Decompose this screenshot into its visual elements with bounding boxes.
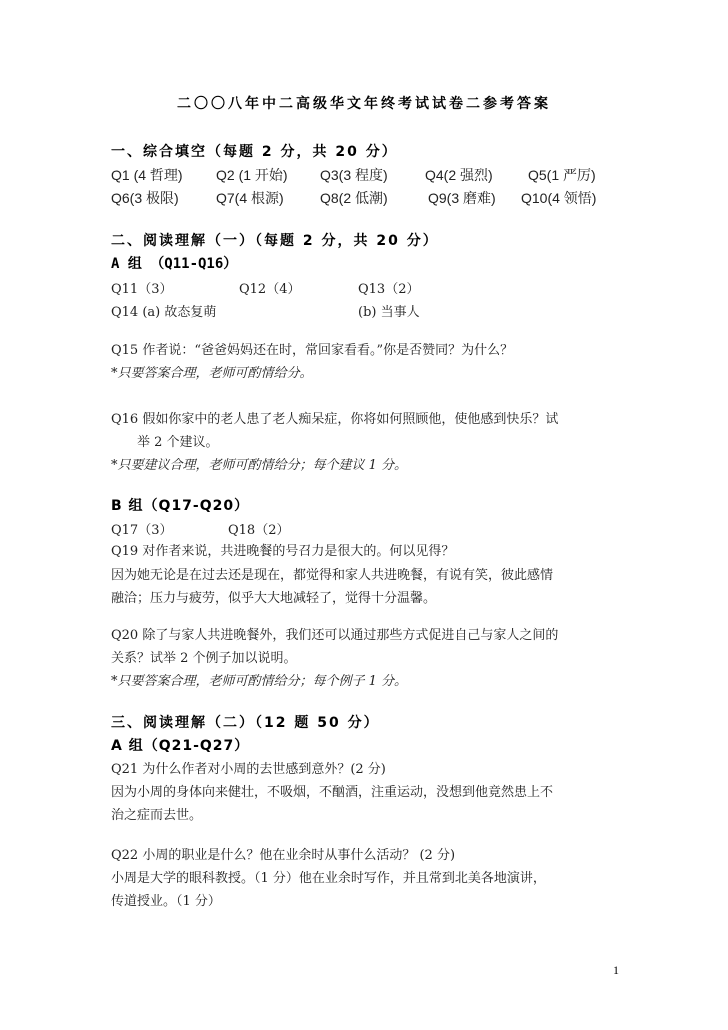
- answer-q14a: Q14 (a) 故态复萌: [111, 301, 216, 320]
- answer-q5: Q5(1 严厉): [528, 165, 596, 185]
- answer-q7: Q7(4 根源): [216, 188, 284, 208]
- page-number: 1: [613, 963, 619, 978]
- answer-q21-line1: 因为小周的身体向来健壮，不吸烟，不酗酒，注重运动，没想到他竟然患上不: [111, 783, 553, 803]
- answer-q10: Q10(4 领悟): [521, 188, 596, 208]
- answer-q14b: (b) 当事人: [358, 301, 420, 320]
- answer-q22-line1: 小周是大学的眼科教授。（1 分）他在业余时写作，并且常到北美各地演讲，: [111, 869, 546, 889]
- question-q15: Q15 作者说：“爸爸妈妈还在时，常回家看看。”你是否赞同？为什么？: [111, 341, 513, 361]
- question-q22: Q22 小周的职业是什么？他在业余时从事什么活动？ (2 分): [111, 846, 455, 866]
- section1-heading: 一、综合填空（每题 2 分，共 20 分）: [111, 142, 398, 162]
- answer-q11: Q11（3）: [111, 278, 172, 297]
- question-q19: Q19 对作者来说，共进晚餐的号召力是很大的。何以见得？: [111, 542, 454, 562]
- answer-q4: Q4(2 强烈): [425, 165, 493, 185]
- q20-marking-note: *只要答案合理，老师可酌情给分；每个例子 1 分。: [111, 672, 407, 692]
- answer-q8: Q8(2 低潮): [320, 188, 388, 208]
- question-q16-line2: 举 2 个建议。: [137, 433, 219, 453]
- answer-q3: Q3(3 程度): [320, 165, 388, 185]
- answer-q18: Q18（2）: [228, 519, 289, 538]
- document-title: 二〇〇八年中二高级华文年终考试试卷二参考答案: [0, 93, 728, 113]
- answer-q13: Q13（2）: [358, 278, 419, 297]
- answer-q2: Q2 (1 开始): [216, 165, 288, 185]
- q15-marking-note: *只要答案合理，老师可酌情给分。: [111, 364, 313, 384]
- answer-q9: Q9(3 磨难): [428, 188, 496, 208]
- q16-marking-note: *只要建议合理，老师可酌情给分；每个建议 1 分。: [111, 456, 407, 476]
- document-page: 二〇〇八年中二高级华文年终考试试卷二参考答案 一、综合填空（每题 2 分，共 2…: [0, 0, 728, 1030]
- answer-q22-line2: 传道授业。（1 分）: [111, 892, 221, 912]
- section2-heading: 二、阅读理解（一）（每题 2 分，共 20 分）: [111, 231, 439, 251]
- answer-q17: Q17（3）: [111, 519, 172, 538]
- section2-groupB-heading: B 组（Q17-Q20）: [111, 496, 249, 516]
- answer-q21-line2: 治之症而去世。: [111, 806, 202, 826]
- question-q20-line2: 关系？试举 2 个例子加以说明。: [111, 649, 297, 669]
- question-q21: Q21 为什么作者对小周的去世感到意外？(2 分): [111, 760, 386, 780]
- section3-groupA-heading: A 组（Q21-Q27）: [111, 736, 249, 756]
- answer-q12: Q12（4）: [239, 278, 300, 297]
- question-q16-line1: Q16 假如你家中的老人患了老人痴呆症，你将如何照顾他，使他感到快乐？试: [111, 410, 558, 430]
- question-q20-line1: Q20 除了与家人共进晚餐外，我们还可以通过那些方式促进自己与家人之间的: [111, 626, 558, 646]
- section2-groupA-heading: A 组 （Q11-Q16）: [111, 254, 237, 274]
- section3-heading: 三、阅读理解（二）（12 题 50 分）: [111, 713, 380, 733]
- answer-q19-line2: 融洽；压力与疲劳，似乎大大地减轻了，觉得十分温馨。: [111, 589, 436, 609]
- answer-q19-line1: 因为她无论是在过去还是现在，都觉得和家人共进晚餐，有说有笑，彼此感情: [111, 566, 553, 586]
- answer-q1: Q1 (4 哲理): [111, 165, 183, 185]
- answer-q6: Q6(3 极限): [111, 188, 179, 208]
